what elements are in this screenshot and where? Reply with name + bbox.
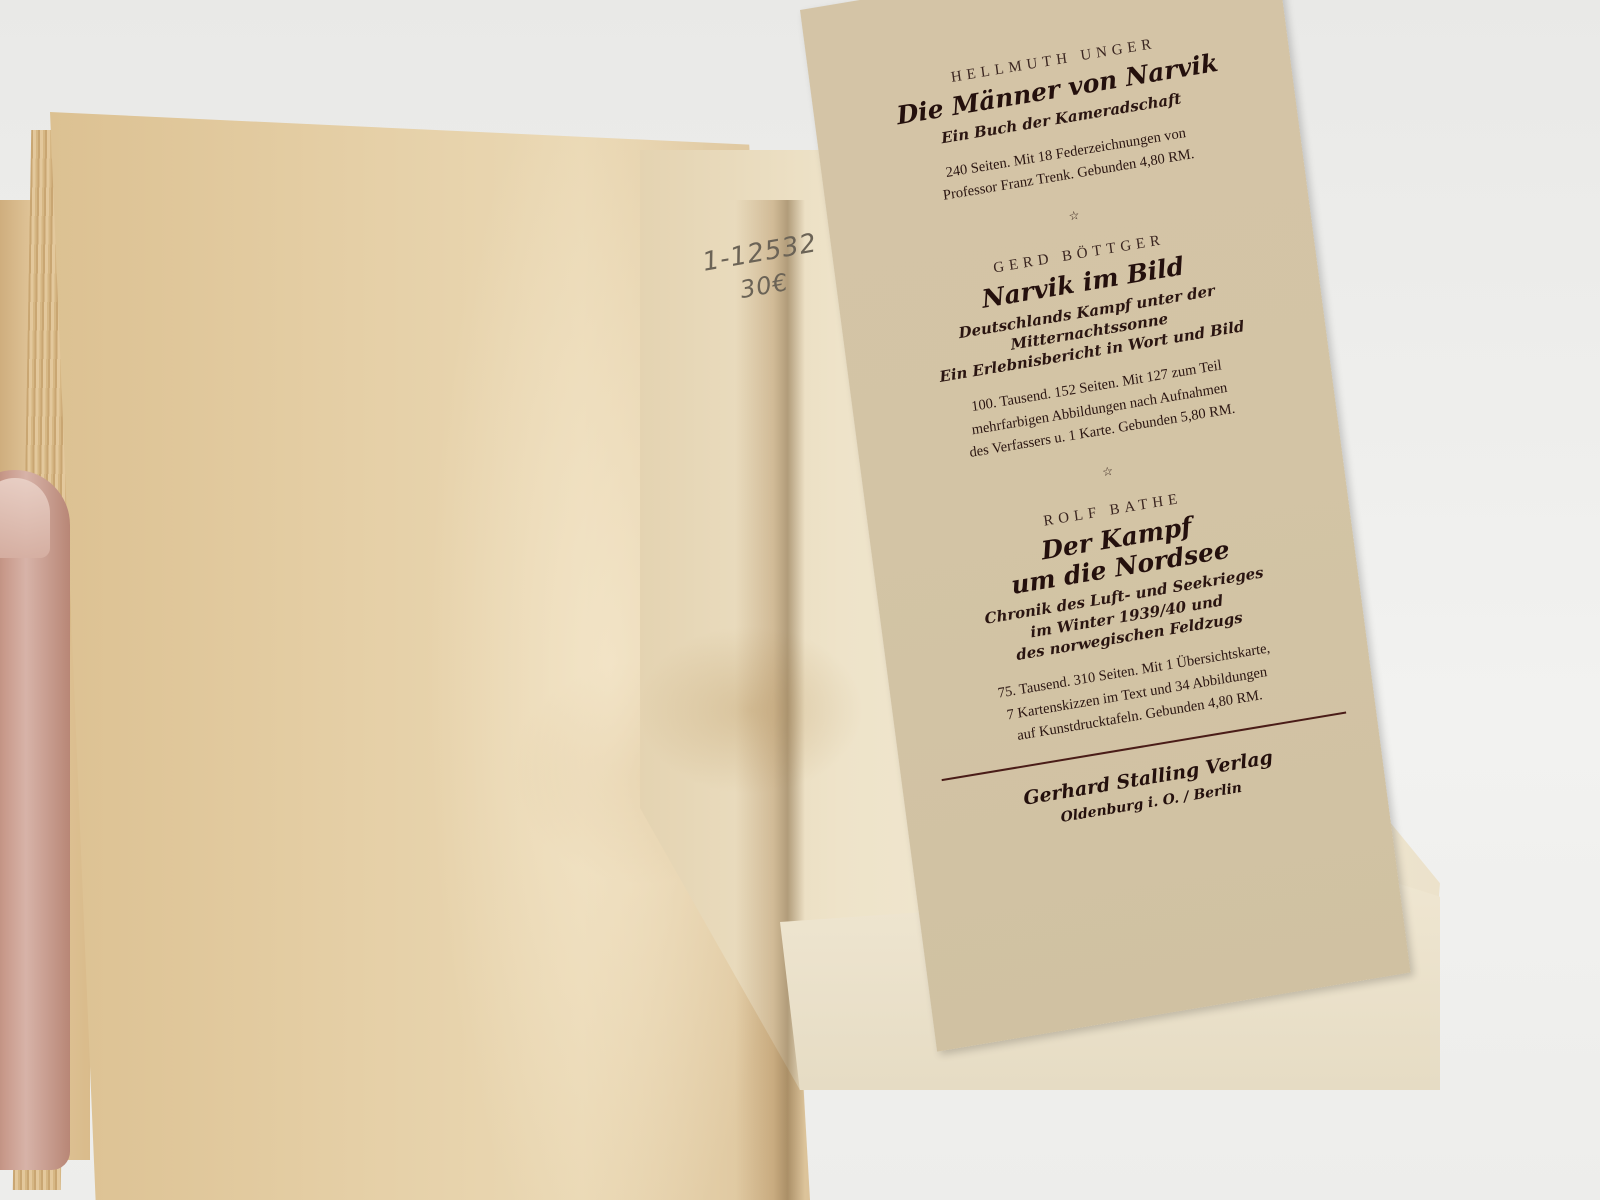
book-gutter xyxy=(735,200,805,1200)
holding-thumb xyxy=(0,470,70,1170)
book-entry: GERD BÖTTGER Narvik im Bild Deutschlands… xyxy=(876,212,1306,476)
book-entry: ROLF BATHE Der Kampf um die Nordsee Chro… xyxy=(910,468,1344,761)
